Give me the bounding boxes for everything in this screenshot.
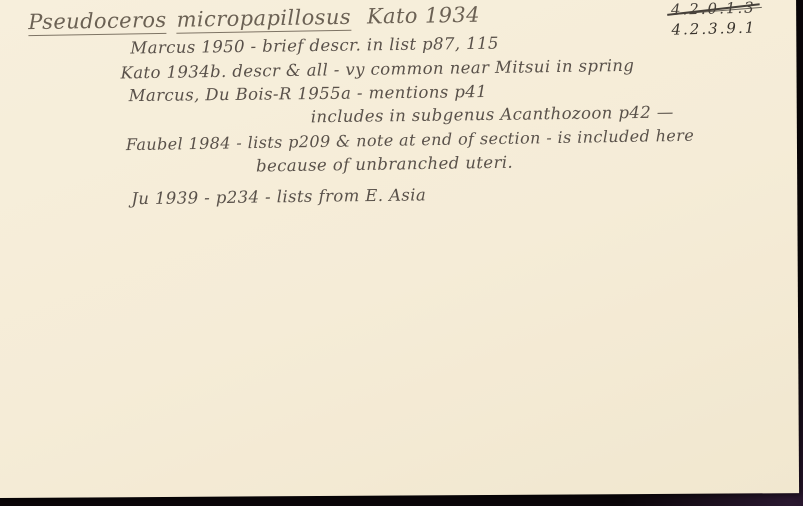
entry-kato-1934b: Kato 1934b. descr & all - vy common near… — [120, 56, 634, 83]
entry-subgenus-note: includes in subgenus Acanthozoon p42 — — [311, 103, 674, 127]
species-title: PseudocerosmicropapillosusKato 1934 — [28, 3, 480, 34]
entry-faubel-1984: Faubel 1984 - lists p209 & note at end o… — [126, 126, 694, 154]
entry-marcus-dubois-1955a: Marcus, Du Bois-R 1955a - mentions p41 — [129, 82, 488, 105]
index-card: PseudocerosmicropapillosusKato 1934 4.2.… — [0, 0, 799, 498]
species-name: micropapillosus — [176, 5, 351, 34]
code-crossed-out: 4.2.0.1.3 — [671, 0, 756, 19]
entry-ju-1939: Ju 1939 - p234 - lists from E. Asia — [131, 185, 426, 208]
entry-marcus-1950: Marcus 1950 - brief descr. in list p87, … — [130, 34, 499, 58]
classification-codes: 4.2.0.1.3 4.2.3.9.1 — [671, 0, 757, 39]
code-current: 4.2.3.9.1 — [671, 18, 756, 38]
photo-background: PseudocerosmicropapillosusKato 1934 4.2.… — [0, 0, 803, 506]
genus-name: Pseudoceros — [28, 8, 167, 36]
author-citation: Kato 1934 — [367, 3, 480, 29]
entry-uteri-note: because of unbranched uteri. — [256, 153, 513, 176]
